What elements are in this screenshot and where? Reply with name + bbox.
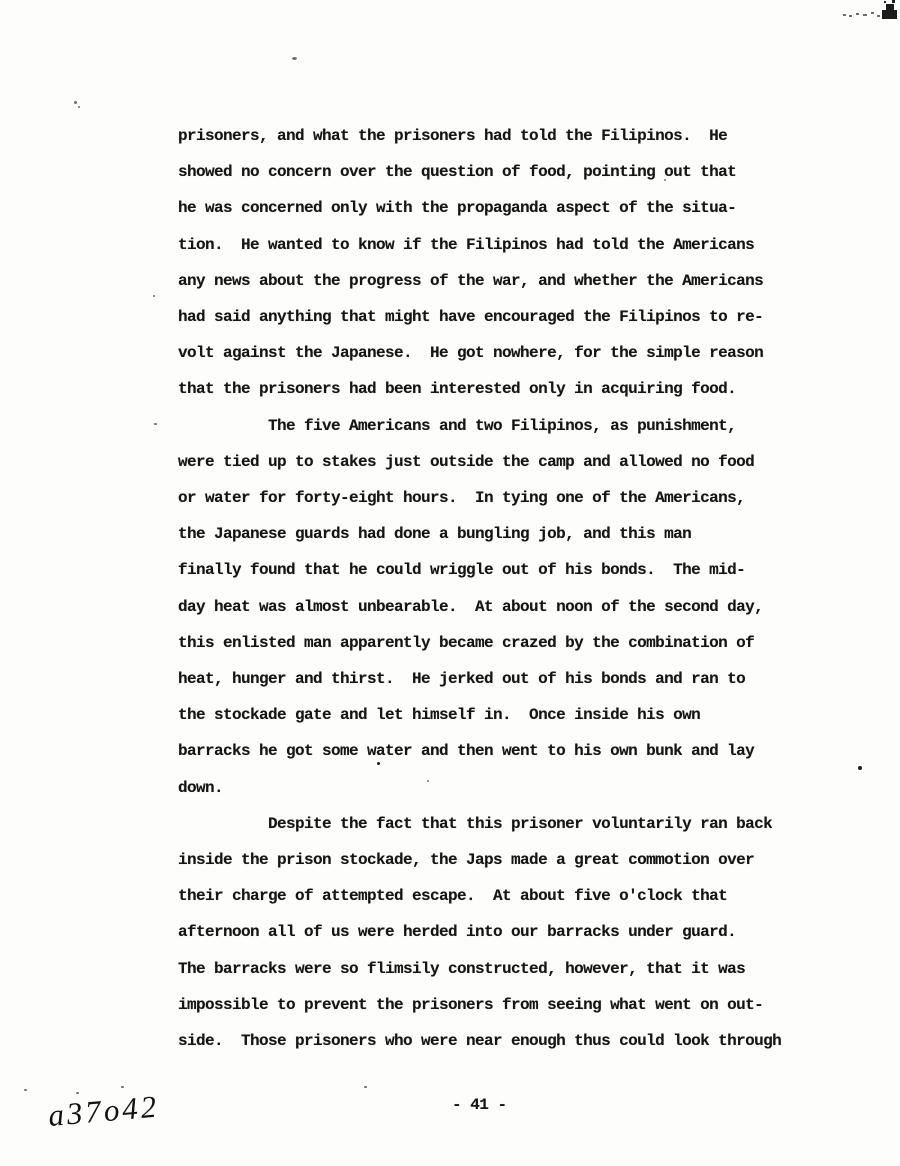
scan-speck — [121, 1086, 124, 1088]
scanned-document-page: prisoners, and what the prisoners had to… — [0, 0, 900, 1166]
page-number: - 41 - — [452, 1096, 507, 1114]
scan-speck — [856, 13, 859, 15]
scan-speck — [292, 57, 297, 60]
handwritten-note: a37o42 — [47, 1088, 161, 1134]
scan-speck — [78, 106, 80, 108]
corner-ink-dot — [892, 0, 895, 3]
paragraph-2: The five Americans and two Filipinos, as… — [178, 408, 818, 806]
scan-speck — [871, 12, 874, 14]
paragraph-3: Despite the fact that this prisoner volu… — [178, 806, 818, 1059]
scan-speck — [877, 15, 880, 17]
scan-speck — [427, 780, 429, 782]
scan-speck — [843, 14, 846, 16]
corner-ink-blob — [882, 10, 897, 19]
corner-ink-dot — [884, 1, 886, 3]
scan-speck — [154, 423, 157, 425]
scan-speck — [377, 762, 380, 765]
paragraph-1: prisoners, and what the prisoners had to… — [178, 118, 818, 408]
scan-speck — [76, 1092, 79, 1094]
scan-speck — [849, 15, 852, 17]
scan-speck — [664, 179, 666, 181]
scan-speck — [24, 1089, 27, 1091]
document-body: prisoners, and what the prisoners had to… — [178, 118, 818, 1059]
scan-speck — [364, 1086, 367, 1088]
scan-speck — [153, 295, 155, 297]
scan-speck — [74, 101, 77, 104]
scan-speck — [858, 766, 862, 770]
scan-speck — [863, 14, 867, 16]
